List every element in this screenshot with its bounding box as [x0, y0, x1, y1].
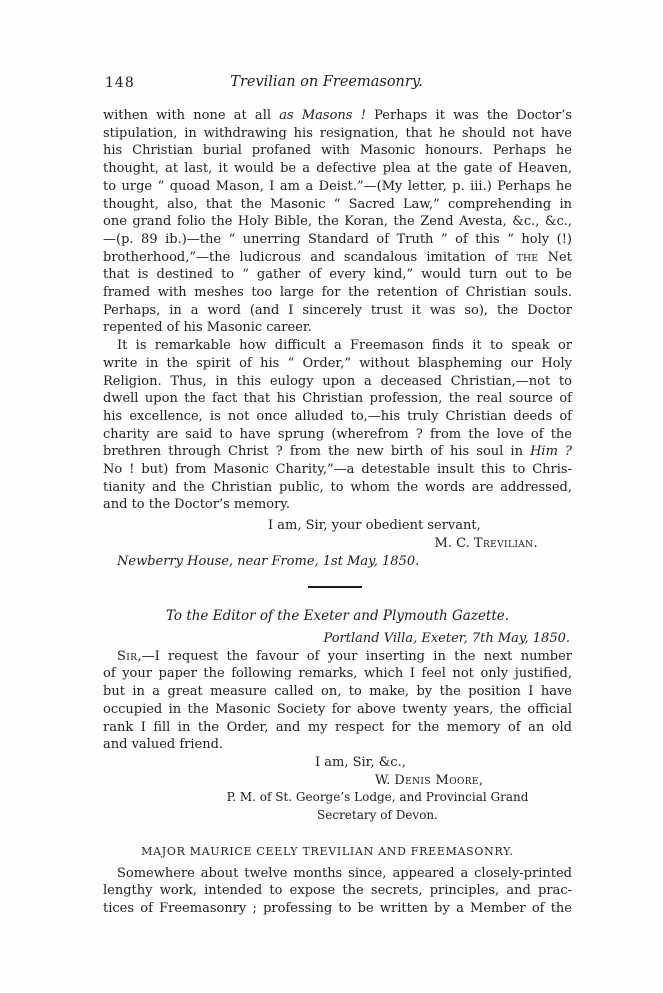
letter2-attribution-line-1: P. M. of St. George’s Lodge, and Provinc… [143, 789, 612, 806]
text-run: lengthy work, intended to expose the sec… [103, 883, 572, 898]
text-line: that is destined to “ gather of every ki… [103, 266, 572, 284]
text-line: framed with meshes too large for the ret… [103, 284, 572, 302]
text-run: stipulation, in withdrawing his resignat… [103, 126, 572, 141]
letter1-dateline: Newberry House, near Frome, 1st May, 185… [103, 553, 572, 571]
text-line: repented of his Masonic career. [103, 319, 572, 337]
text-run: , [479, 773, 483, 788]
text-run: No ! but) from Masonic Charity,”—a detes… [103, 462, 572, 477]
text-line: to urge “ quoad Mason, I am a Deist.”—(M… [103, 178, 572, 196]
letter2-heading: To the Editor of the Exeter and Plymouth… [103, 608, 572, 626]
text-run: rank I fill in the Order, and my respect… [103, 720, 572, 735]
text-line: tices of Freemasonry ; professing to be … [103, 900, 572, 918]
letter2-closing: I am, Sir, &c., [103, 754, 572, 772]
text-line: Perhaps, in a word (and I sincerely trus… [103, 302, 572, 320]
text-line: No ! but) from Masonic Charity,”—a detes… [103, 461, 572, 479]
text-line: Somewhere about twelve months since, app… [103, 865, 572, 883]
text-run: It is remarkable how difficult a Freemas… [117, 338, 572, 353]
text-line: Religion. Thus, in this eulogy upon a de… [103, 373, 572, 391]
text-run: occupied in the Masonic Society for abov… [103, 702, 572, 717]
text-run: tianity and the Christian public, to who… [103, 480, 572, 495]
text-run: of your paper the following remarks, whi… [103, 666, 572, 681]
small-caps-run: the [517, 250, 539, 265]
book-page: 148 Trevilian on Freemasonry. withen wit… [0, 0, 663, 993]
article-paragraph-1: Somewhere about twelve months since, app… [103, 865, 572, 918]
text-line: —(p. 89 ib.)—the “ unerring Standard of … [103, 231, 572, 249]
text-line: and to the Doctor’s memory. [103, 496, 572, 514]
text-run: —(p. 89 ib.)—the “ unerring Standard of … [103, 232, 572, 247]
letter1-closing: I am, Sir, your obedient servant, [103, 517, 572, 535]
letter2-attribution: P. M. of St. George’s Lodge, and Provinc… [143, 789, 612, 824]
section-divider-rule [308, 586, 362, 588]
text-run: Net [538, 250, 572, 265]
small-caps-run: Sir [117, 649, 137, 664]
text-run: one grand folio the Holy Bible, the Kora… [103, 214, 572, 229]
text-run: tices of Freemasonry ; professing to be … [103, 901, 572, 916]
article-heading: MAJOR MAURICE CEELY TREVILIAN AND FREEMA… [93, 843, 562, 861]
text-run: brethren through Christ ? from the new b… [103, 444, 530, 459]
text-line: one grand folio the Holy Bible, the Kora… [103, 213, 572, 231]
running-title: Trevilian on Freemasonry. [103, 74, 550, 92]
text-line: charity are said to have sprung (wherefr… [103, 426, 572, 444]
letter2-signature: W. Denis Moore, [103, 772, 572, 790]
text-line: his Christian burial profaned with Mason… [103, 142, 572, 160]
text-line: write in the spirit of his “ Order,” wit… [103, 355, 572, 373]
text-column: 148 Trevilian on Freemasonry. withen wit… [103, 74, 572, 918]
text-run: and valued friend. [103, 737, 223, 752]
text-run: thought, at last, it would be a defectiv… [103, 161, 572, 176]
text-line: It is remarkable how difficult a Freemas… [103, 337, 572, 355]
letter1-paragraph-1: withen with none at all as Masons ! Perh… [103, 107, 572, 337]
text-run: dwell upon the fact that his Christian p… [103, 391, 572, 406]
text-run: but in a great measure called on, to mak… [103, 684, 572, 699]
letter2-dateline: Portland Villa, Exeter, 7th May, 1850. [103, 630, 572, 648]
small-caps-run: Denis Moore [394, 773, 479, 788]
text-line: withen with none at all as Masons ! Perh… [103, 107, 572, 125]
text-run: repented of his Masonic career. [103, 320, 312, 335]
text-run: W. [375, 773, 394, 788]
text-run: Perhaps, in a word (and I sincerely trus… [103, 303, 572, 318]
text-run: charity are said to have sprung (wherefr… [103, 427, 572, 442]
page-header: 148 Trevilian on Freemasonry. [103, 74, 572, 93]
text-run: brotherhood,”—the ludicrous and scandalo… [103, 250, 517, 265]
text-run: that is destined to “ gather of every ki… [103, 267, 572, 282]
text-run: Perhaps it was the Doctor’s [366, 108, 572, 123]
text-line: tianity and the Christian public, to who… [103, 479, 572, 497]
text-run: Religion. Thus, in this eulogy upon a de… [103, 374, 572, 389]
text-run: withen with none at all [103, 108, 279, 123]
letter2-paragraph-1: Sir,—I request the favour of your insert… [103, 648, 572, 754]
italic-run: as Masons ! [279, 108, 366, 123]
text-run: M. C. [435, 536, 474, 551]
text-line: thought, also, that the Masonic “ Sacred… [103, 196, 572, 214]
text-line: and valued friend. [103, 736, 572, 754]
text-line: Sir,—I request the favour of your insert… [103, 648, 572, 666]
text-line: his excellence, is not once alluded to,—… [103, 408, 572, 426]
text-run: his excellence, is not once alluded to,—… [103, 409, 572, 424]
text-line: rank I fill in the Order, and my respect… [103, 719, 572, 737]
text-line: of your paper the following remarks, whi… [103, 665, 572, 683]
text-line: but in a great measure called on, to mak… [103, 683, 572, 701]
text-run: and to the Doctor’s memory. [103, 497, 290, 512]
letter1-signature: M. C. Trevilian. [103, 535, 572, 553]
text-line: lengthy work, intended to expose the sec… [103, 882, 572, 900]
letter2-attribution-line-2: Secretary of Devon. [143, 807, 612, 824]
text-line: brethren through Christ ? from the new b… [103, 443, 572, 461]
text-run: framed with meshes too large for the ret… [103, 285, 572, 300]
text-line: dwell upon the fact that his Christian p… [103, 390, 572, 408]
text-run: write in the spirit of his “ Order,” wit… [103, 356, 572, 371]
text-run: thought, also, that the Masonic “ Sacred… [103, 197, 572, 212]
italic-run: Him ? [530, 444, 572, 459]
letter1-paragraph-2: It is remarkable how difficult a Freemas… [103, 337, 572, 514]
text-line: thought, at last, it would be a defectiv… [103, 160, 572, 178]
text-run: his Christian burial profaned with Mason… [103, 143, 572, 158]
small-caps-run: Trevilian. [474, 536, 538, 551]
text-line: stipulation, in withdrawing his resignat… [103, 125, 572, 143]
text-run: Somewhere about twelve months since, app… [117, 866, 572, 881]
text-line: brotherhood,”—the ludicrous and scandalo… [103, 249, 572, 267]
text-run: ,—I request the favour of your inserting… [137, 649, 572, 664]
text-line: occupied in the Masonic Society for abov… [103, 701, 572, 719]
text-run: to urge “ quoad Mason, I am a Deist.”—(M… [103, 179, 572, 194]
